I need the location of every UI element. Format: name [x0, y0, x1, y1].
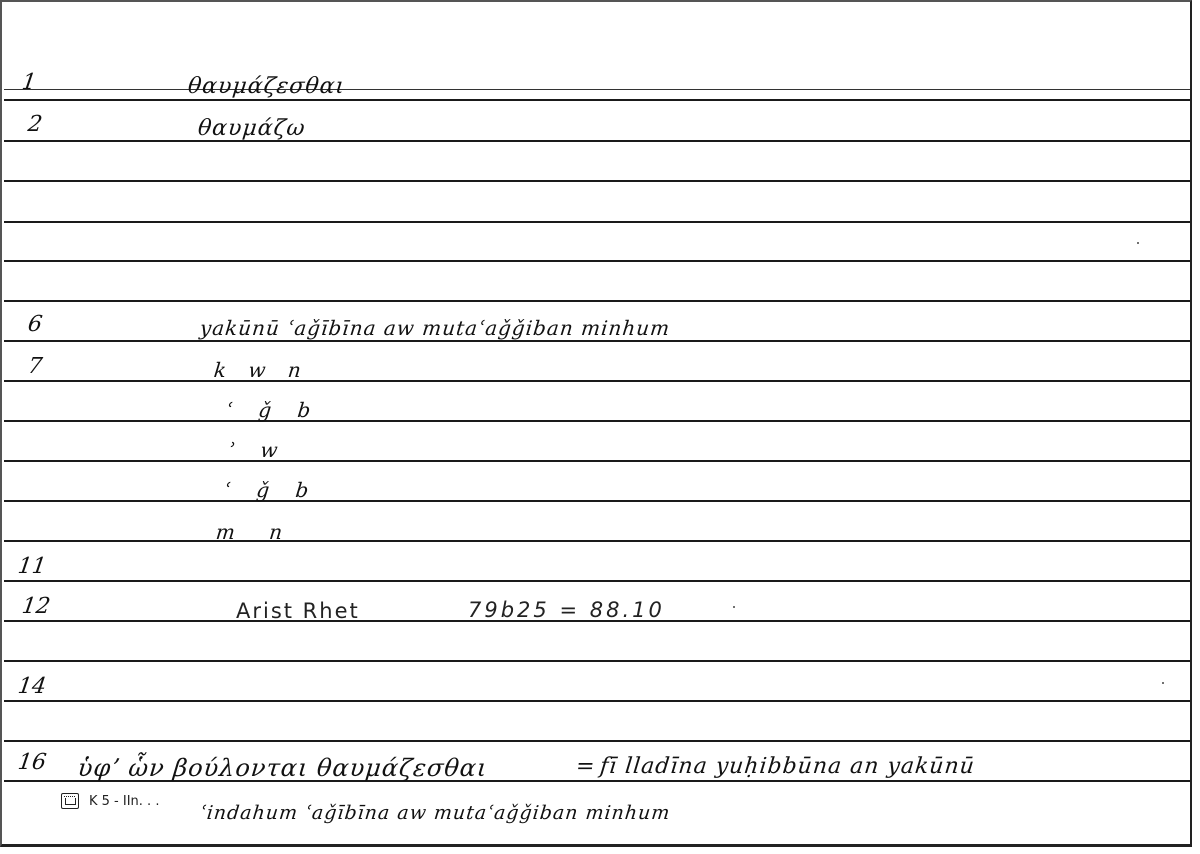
root-alif-w: ʾ w: [227, 438, 289, 462]
source-citation: Arist Rhet: [236, 599, 360, 623]
ruled-line: [4, 140, 1190, 142]
arabic-quotation-line1: fī lladīna yuḥibbūna an yakūnū: [599, 754, 976, 779]
arabic-translation: yakūnū ʿaǧībīna aw mutaʿaǧǧiban minhum: [199, 316, 672, 340]
line-number-7: 7: [26, 354, 44, 379]
speck: [1162, 682, 1164, 684]
equals-sign: =: [575, 754, 597, 779]
greek-root-verb: θαυμάζω: [197, 116, 307, 141]
ruled-line: [4, 380, 1190, 382]
ruled-line: [4, 99, 1190, 101]
ruled-line: [4, 300, 1190, 302]
line-number-14: 14: [16, 674, 48, 699]
ruled-line: [4, 580, 1190, 582]
root-k-w-n: k w n: [213, 358, 310, 382]
greek-quotation: ὑφʼ ὧν βούλονται θαυμάζεσθαι: [77, 754, 489, 782]
line-number-16: 16: [16, 750, 48, 775]
index-card: 1 2 6 7 11 12 14 16 θαυμάζεσθαι θαυμάζω …: [0, 0, 1192, 847]
ruled-line: [4, 500, 1190, 502]
ruled-line: [4, 340, 1190, 342]
ruled-line: [4, 180, 1190, 182]
root-ain-j-b: ʿ ǧ b: [225, 398, 322, 422]
library-logo-icon: [61, 793, 79, 809]
speck: [733, 606, 735, 608]
card-stamp: K 5 - IIn. . .: [61, 793, 159, 809]
source-locus: 79b25 = 88.10: [468, 598, 665, 622]
ruled-line: [4, 89, 1190, 90]
ruled-line: [4, 460, 1190, 462]
ruled-line: [4, 740, 1190, 742]
ruled-line: [4, 221, 1190, 223]
ruled-line: [4, 260, 1190, 262]
stamp-label: K 5 - IIn. . .: [89, 794, 159, 809]
speck: [1137, 242, 1139, 244]
line-number-2: 2: [26, 112, 44, 137]
ruled-line: [4, 540, 1190, 542]
line-number-1: 1: [20, 70, 38, 95]
root-ain-j-b-2: ʿ ǧ b: [223, 478, 320, 502]
ruled-line: [4, 660, 1190, 662]
greek-headword: θαυμάζεσθαι: [187, 74, 347, 99]
arabic-quotation-line2: ʿindahum ʿaǧībīna aw mutaʿaǧǧiban minhum: [199, 802, 672, 824]
root-m-n: m n: [215, 520, 298, 544]
ruled-line: [4, 420, 1190, 422]
ruled-line: [4, 700, 1190, 702]
line-number-6: 6: [26, 312, 44, 337]
line-number-11: 11: [16, 554, 48, 579]
line-number-12: 12: [20, 594, 52, 619]
